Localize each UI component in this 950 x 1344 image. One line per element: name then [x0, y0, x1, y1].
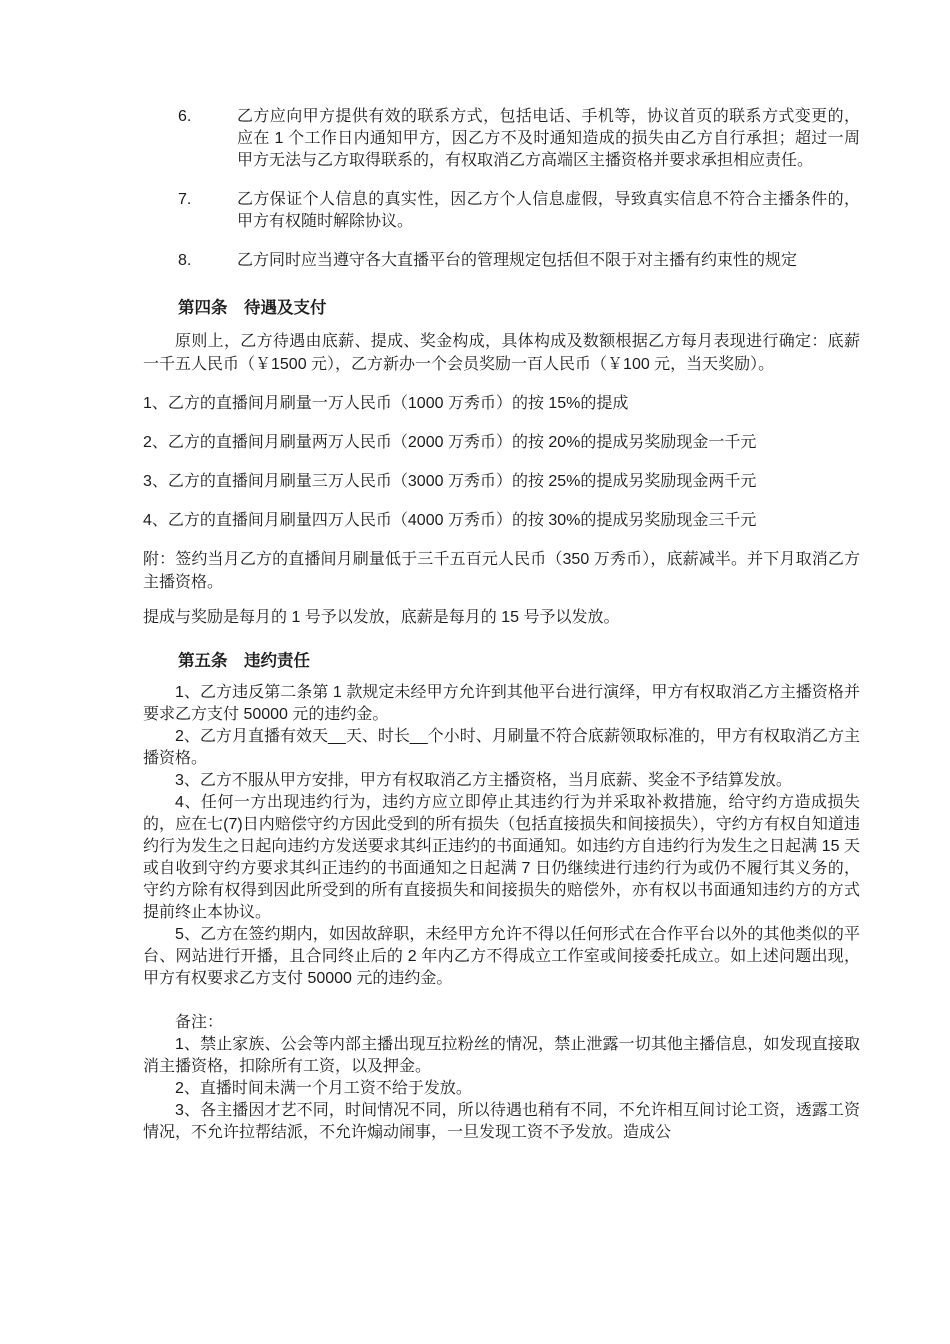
- item-8-number: 8.: [178, 250, 237, 272]
- payment-schedule-note: 提成与奖励是每月的 1 号予以发放，底薪是每月的 15 号予以发放。: [143, 606, 860, 629]
- commission-tier-3: 3、乙方的直播间月刷量三万人民币（3000 万秀币）的按 25%的提成另奖励现金…: [143, 470, 860, 493]
- remark-1: 1、禁止家族、公会等内部主播出现互拉粉丝的情况，禁止泄露一切其他主播信息，如发现…: [143, 1034, 860, 1078]
- commission-tier-2: 2、乙方的直播间月刷量两万人民币（2000 万秀币）的按 20%的提成另奖励现金…: [143, 431, 860, 454]
- commission-tier-1: 1、乙方的直播间月刷量一万人民币（1000 万秀币）的按 15%的提成: [143, 392, 860, 415]
- document-page: 6. 乙方应向甲方提供有效的联系方式，包括电话、手机等，协议首页的联系方式变更的…: [0, 0, 950, 1344]
- breach-clause-1: 1、乙方违反第二条第 1 款规定未经甲方允许到其他平台进行演绎，甲方有权取消乙方…: [143, 682, 860, 726]
- item-8-text: 乙方同时应当遵守各大直播平台的管理规定包括但不限于对主播有约束性的规定: [237, 250, 860, 272]
- item-6-text: 乙方应向甲方提供有效的联系方式，包括电话、手机等，协议首页的联系方式变更的，应在…: [237, 106, 860, 172]
- numbered-list: 6. 乙方应向甲方提供有效的联系方式，包括电话、手机等，协议首页的联系方式变更的…: [178, 106, 860, 272]
- breach-clause-4: 4、任何一方出现违约行为，违约方应立即停止其违约行为并采取补救措施，给守约方造成…: [143, 792, 860, 924]
- breach-clause-5: 5、乙方在签约期内，如因故辞职，未经甲方允许不得以任何形式在合作平台以外的其他类…: [143, 924, 860, 990]
- breach-clause-3: 3、乙方不服从甲方安排，甲方有权取消乙方主播资格，当月底薪、奖金不予结算发放。: [143, 770, 860, 792]
- section4-intro-paragraph: 原则上，乙方待遇由底薪、提成、奖金构成，具体构成及数额根据乙方每月表现进行确定：…: [143, 330, 860, 376]
- document-content: 6. 乙方应向甲方提供有效的联系方式，包括电话、手机等，协议首页的联系方式变更的…: [143, 106, 860, 1144]
- section4-heading: 第四条 待遇及支付: [178, 297, 860, 319]
- item-7-text: 乙方保证个人信息的真实性，因乙方个人信息虚假，导致真实信息不符合主播条件的，甲方…: [237, 189, 860, 233]
- item-7-number: 7.: [178, 189, 237, 233]
- numbered-item-7: 7. 乙方保证个人信息的真实性，因乙方个人信息虚假，导致真实信息不符合主播条件的…: [178, 189, 860, 233]
- item-6-number: 6.: [178, 106, 237, 172]
- numbered-item-8: 8. 乙方同时应当遵守各大直播平台的管理规定包括但不限于对主播有约束性的规定: [178, 250, 860, 272]
- remark-3: 3、各主播因才艺不同，时间情况不同，所以待遇也稍有不同，不允许相互间讨论工资，透…: [143, 1100, 860, 1144]
- commission-tier-4: 4、乙方的直播间月刷量四万人民币（4000 万秀币）的按 30%的提成另奖励现金…: [143, 509, 860, 532]
- section5-heading: 第五条 违约责任: [178, 650, 860, 672]
- numbered-item-6: 6. 乙方应向甲方提供有效的联系方式，包括电话、手机等，协议首页的联系方式变更的…: [178, 106, 860, 172]
- appendix-note: 附：签约当月乙方的直播间月刷量低于三千五百元人民币（350 万秀币），底薪减半。…: [143, 548, 860, 594]
- remark-2: 2、直播时间未满一个月工资不给于发放。: [143, 1078, 860, 1100]
- breach-clause-2: 2、乙方月直播有效天__天、时长__个小时、月刷量不符合底薪领取标准的，甲方有权…: [143, 726, 860, 770]
- remarks-label: 备注：: [143, 1012, 860, 1034]
